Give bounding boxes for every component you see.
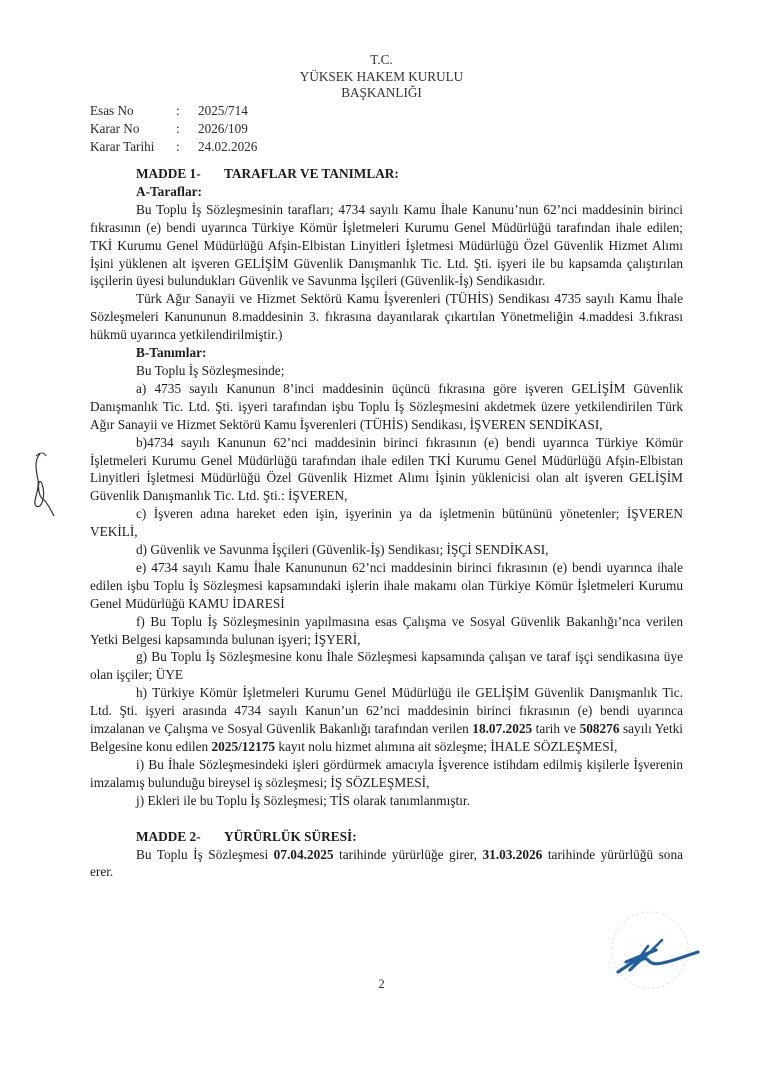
section-a-paragraph-2: Türk Ağır Sanayii ve Hizmet Sektörü Kamu… bbox=[90, 290, 683, 344]
document-body: MADDE 1-TARAFLAR VE TANIMLAR: A-Taraflar… bbox=[90, 165, 683, 881]
karar-tarihi-value: 24.02.2026 bbox=[198, 138, 257, 156]
document-header: T.C. YÜKSEK HAKEM KURULU BAŞKANLIĞI bbox=[0, 52, 763, 102]
meta-karar-tarihi: Karar Tarihi : 24.02.2026 bbox=[90, 138, 257, 156]
yetki-date: 18.07.2025 bbox=[472, 721, 532, 736]
definition-j: j) Ekleri ile bu Toplu İş Sözleşmesi; Tİ… bbox=[90, 792, 683, 810]
definition-e: e) 4734 sayılı Kamu İhale Kanununun 62’n… bbox=[90, 559, 683, 613]
definition-h: h) Türkiye Kömür İşletmeleri Kurumu Gene… bbox=[90, 684, 683, 756]
section-b-intro: Bu Toplu İş Sözleşmesinde; bbox=[90, 362, 683, 380]
definition-i: i) Bu İhale Sözleşmesindeki işleri gördü… bbox=[90, 756, 683, 792]
section-b-heading: B-Tanımlar: bbox=[90, 344, 683, 362]
definition-c: c) İşveren adına hareket eden işin, işye… bbox=[90, 505, 683, 541]
end-date: 31.03.2026 bbox=[482, 847, 542, 862]
definition-b: b)4734 sayılı Kanunun 62’nci maddesinin … bbox=[90, 434, 683, 506]
esas-no-value: 2025/714 bbox=[198, 102, 248, 120]
header-tc: T.C. bbox=[0, 52, 763, 69]
definition-d: d) Güvenlik ve Savunma İşçileri (Güvenli… bbox=[90, 541, 683, 559]
margin-initials-icon bbox=[22, 450, 62, 520]
page-number: 2 bbox=[0, 976, 763, 992]
definition-a: a) 4735 sayılı Kanunun 8’inci maddesinin… bbox=[90, 380, 683, 434]
meta-karar-no: Karar No : 2026/109 bbox=[90, 120, 257, 138]
meta-esas-no: Esas No : 2025/714 bbox=[90, 102, 257, 120]
yetki-number: 508276 bbox=[580, 721, 620, 736]
karar-no-value: 2026/109 bbox=[198, 120, 248, 138]
start-date: 07.04.2025 bbox=[274, 847, 334, 862]
madde-2-heading: MADDE 2-YÜRÜRLÜK SÜRESİ: bbox=[90, 828, 683, 846]
madde-2-paragraph: Bu Toplu İş Sözleşmesi 07.04.2025 tarihi… bbox=[90, 846, 683, 882]
header-presidency: BAŞKANLIĞI bbox=[0, 85, 763, 102]
madde-1-heading: MADDE 1-TARAFLAR VE TANIMLAR: bbox=[90, 165, 683, 183]
record-number: 2025/12175 bbox=[212, 739, 276, 754]
section-a-paragraph-1: Bu Toplu İş Sözleşmesinin tarafları; 473… bbox=[90, 201, 683, 291]
definition-f: f) Bu Toplu İş Sözleşmesinin yapılmasına… bbox=[90, 613, 683, 649]
header-institution: YÜKSEK HAKEM KURULU bbox=[0, 69, 763, 86]
case-metadata: Esas No : 2025/714 Karar No : 2026/109 K… bbox=[90, 102, 257, 156]
definition-g: g) Bu Toplu İş Sözleşmesine konu İhale S… bbox=[90, 648, 683, 684]
section-a-heading: A-Taraflar: bbox=[90, 183, 683, 201]
